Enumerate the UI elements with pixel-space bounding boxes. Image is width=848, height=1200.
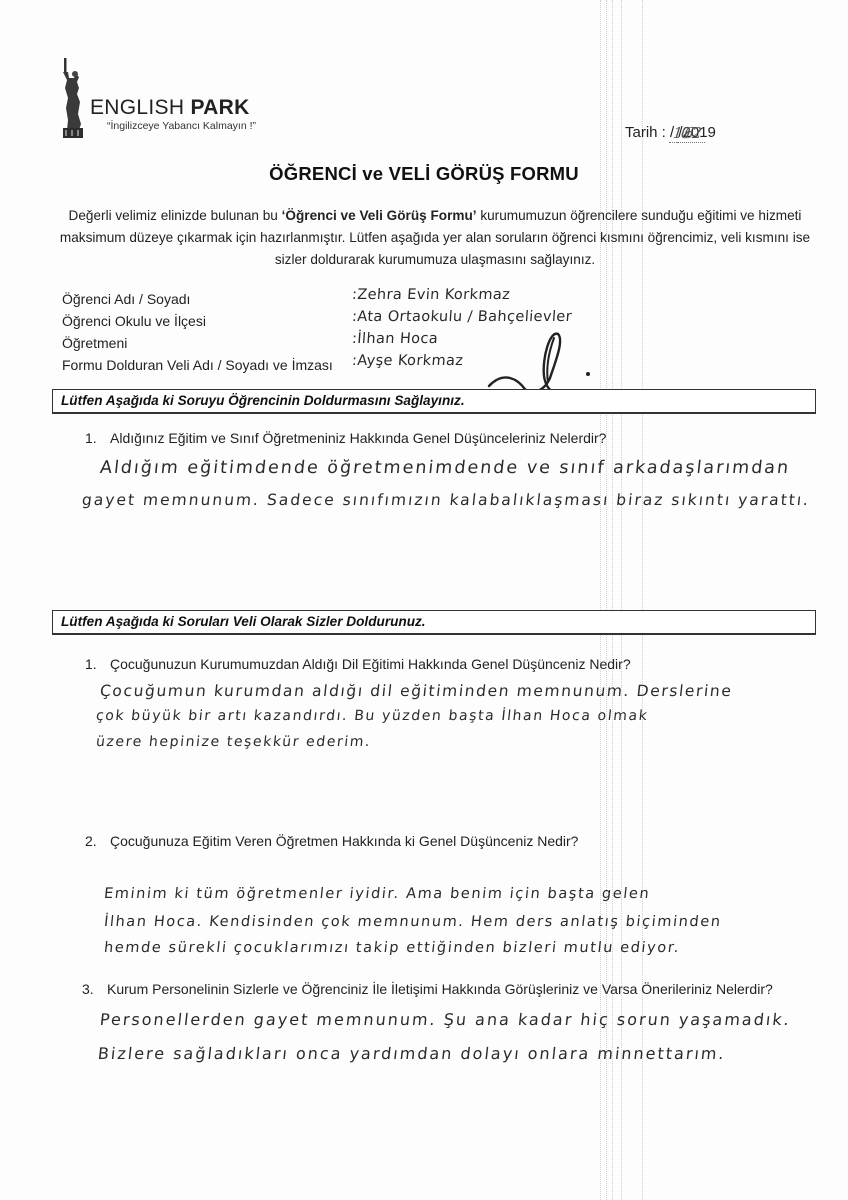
brand-name: ENGLISH PARK: [90, 96, 250, 120]
statue-of-liberty-icon: [60, 58, 86, 138]
student-info-labels: Öğrenci Adı / Soyadı Öğrenci Okulu ve İl…: [62, 288, 333, 376]
parent-answer-2-line-2[interactable]: İlhan Hoca. Kendisinden çok memnunum. He…: [103, 914, 722, 930]
parent-question-1: 1.Çocuğunuzun Kurumumuzdan Aldığı Dil Eğ…: [85, 656, 631, 672]
parent-question-2: 2.Çocuğunuza Eğitim Veren Öğretmen Hakkı…: [85, 833, 578, 849]
student-answer-1-line-1[interactable]: Aldığım eğitimdende öğretmenimdende ve s…: [99, 458, 791, 478]
student-answer-1-line-2[interactable]: gayet memnunum. Sadece sınıfımızın kalab…: [81, 491, 811, 509]
parent-answer-1-line-1[interactable]: Çocuğumun kurumdan aldığı dil eğitiminde…: [99, 682, 733, 700]
parent-answer-2-line-3[interactable]: hemde sürekli çocuklarımızı takip ettiği…: [103, 940, 681, 956]
parent-answer-1-line-2[interactable]: çok büyük bir artı kazandırdı. Bu yüzden…: [95, 708, 649, 724]
student-question-1: 1.Aldığınız Eğitim ve Sınıf Öğretmeniniz…: [85, 430, 606, 446]
label-student-school: Öğrenci Okulu ve İlçesi: [62, 310, 333, 332]
form-date: Tarih : 16 / 02 /2019: [625, 124, 716, 141]
parent-answer-1-line-3[interactable]: üzere hepinize teşekkür ederim.: [95, 734, 372, 750]
parent-section-heading: Lütfen Aşağıda ki Soruları Veli Olarak S…: [52, 610, 816, 635]
date-label: Tarih :: [625, 124, 670, 141]
english-park-logo: ENGLISH PARK “İngilizceye Yabancı Kalmay…: [60, 58, 300, 138]
student-school-field[interactable]: :Ata Ortaokulu / Bahçelievler: [351, 306, 573, 328]
intro-paragraph: Değerli velimiz elinizde bulunan bu ‘Öğr…: [55, 205, 815, 271]
parent-answer-3-line-2[interactable]: Bizlere sağladıkları onca yardımdan dola…: [97, 1044, 727, 1063]
parent-answer-3-line-1[interactable]: Personellerden gayet memnunum. Şu ana ka…: [99, 1010, 792, 1029]
label-student-name: Öğrenci Adı / Soyadı: [62, 288, 333, 310]
student-section-heading: Lütfen Aşağıda ki Soruyu Öğrencinin Dold…: [52, 389, 816, 414]
parent-question-3: 3.Kurum Personelinin Sizlerle ve Öğrenci…: [82, 981, 773, 997]
brand-tagline: “İngilizceye Yabancı Kalmayın !”: [107, 120, 256, 132]
label-parent-name-signature: Formu Dolduran Veli Adı / Soyadı ve İmza…: [62, 354, 333, 376]
date-month-field[interactable]: 02: [677, 124, 707, 143]
page-title: ÖĞRENCİ ve VELİ GÖRÜŞ FORMU: [0, 163, 848, 185]
form-page: ENGLISH PARK “İngilizceye Yabancı Kalmay…: [0, 0, 848, 1200]
student-name-field[interactable]: :Zehra Evin Korkmaz: [351, 284, 573, 306]
form-name-emphasis: ‘Öğrenci ve Veli Görüş Formu’: [282, 208, 477, 223]
label-teacher: Öğretmeni: [62, 332, 333, 354]
parent-answer-2-line-1[interactable]: Eminim ki tüm öğretmenler iyidir. Ama be…: [103, 886, 651, 902]
